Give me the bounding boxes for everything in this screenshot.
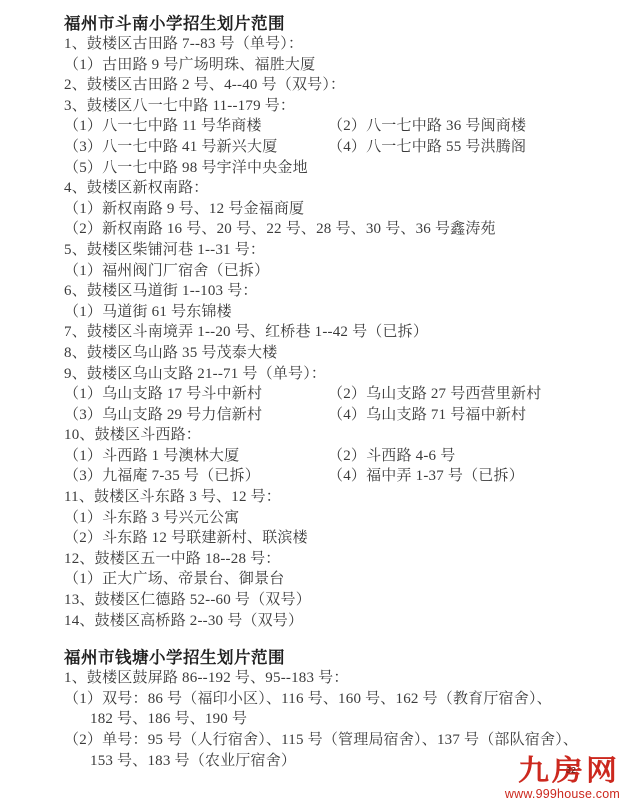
line-text: （1）福州阀门厂宿舍（已拆）	[64, 263, 269, 279]
text-line: （1）古田路 9 号广场明珠、福胜大厦	[64, 55, 617, 76]
line-text: 5、鼓楼区柴铺河巷 1--31 号：	[64, 242, 265, 258]
text-line: （3）九福庵 7-35 号（已拆）（4）福中弄 1-37 号（已拆）	[64, 466, 617, 487]
line-text: 1、鼓楼区鼓屏路 86--192 号、95--183 号：	[64, 670, 349, 686]
line-text: （3）九福庵 7-35 号（已拆）	[64, 468, 260, 484]
text-line: （2）新权南路 16 号、20 号、22 号、28 号、30 号、36 号鑫涛苑	[64, 219, 617, 240]
line-text: 11、鼓楼区斗东路 3 号、12 号：	[64, 489, 281, 505]
text-line: （1）双号：86 号（福印小区）、116 号、160 号、162 号（教育厅宿舍…	[64, 689, 617, 710]
line-text: （1）双号：86 号（福印小区）、116 号、160 号、162 号（教育厅宿舍…	[64, 691, 552, 707]
line-text: 9、鼓楼区乌山支路 21--71 号（单号）：	[64, 366, 326, 382]
line-text: 12、鼓楼区五一中路 18--28 号：	[64, 551, 281, 567]
line-text: （2）单号：95 号（人行宿舍）、115 号（管理局宿舍）、137 号（部队宿舍…	[64, 732, 578, 748]
text-line: 9、鼓楼区乌山支路 21--71 号（单号）：	[64, 364, 617, 385]
site-logo-badge: 32	[566, 756, 576, 784]
text-line: （3）乌山支路 29 号力信新村（4）乌山支路 71 号福中新村	[64, 405, 617, 426]
line-text: 13、鼓楼区仁德路 52--60 号（双号）	[64, 592, 311, 608]
line-text: 2、鼓楼区古田路 2 号、4--40 号（双号）：	[64, 77, 345, 93]
site-url: www.999house.com	[505, 787, 620, 801]
text-line: 3、鼓楼区八一七中路 11--179 号：	[64, 96, 617, 117]
section-title: 福州市斗南小学招生划片范围	[64, 13, 617, 34]
text-line: （1）福州阀门厂宿舍（已拆）	[64, 261, 617, 282]
section-lines: 1、鼓楼区古田路 7--83 号（单号）：（1）古田路 9 号广场明珠、福胜大厦…	[64, 34, 617, 631]
text-line: 13、鼓楼区仁德路 52--60 号（双号）	[64, 590, 617, 611]
line-text: （1）正大广场、帝景台、御景台	[64, 571, 285, 587]
text-line: 11、鼓楼区斗东路 3 号、12 号：	[64, 487, 617, 508]
text-line: 8、鼓楼区乌山路 35 号茂泰大楼	[64, 343, 617, 364]
section-title: 福州市钱塘小学招生划片范围	[64, 647, 617, 668]
text-line: 2、鼓楼区古田路 2 号、4--40 号（双号）：	[64, 75, 617, 96]
document-body: 福州市斗南小学招生划片范围 1、鼓楼区古田路 7--83 号（单号）：（1）古田…	[64, 13, 617, 771]
text-line: （1）斗西路 1 号澳林大厦（2）斗西路 4-6 号	[64, 446, 617, 467]
site-watermark: 九房网 32 www.999house.com	[505, 756, 620, 801]
text-line: 14、鼓楼区高桥路 2--30 号（双号）	[64, 611, 617, 632]
text-line: 12、鼓楼区五一中路 18--28 号：	[64, 549, 617, 570]
line-text: 153 号、183 号（农业厅宿舍）	[90, 753, 296, 769]
line-text-column2: （4）八一七中路 55 号洪腾阁	[328, 137, 526, 158]
line-text-column2: （2）斗西路 4-6 号	[328, 446, 455, 467]
text-line: 1、鼓楼区古田路 7--83 号（单号）：	[64, 34, 617, 55]
line-text: （5）八一七中路 98 号宇洋中央金地	[64, 160, 308, 176]
text-line: （3）八一七中路 41 号新兴大厦（4）八一七中路 55 号洪腾阁	[64, 137, 617, 158]
text-line: （2）斗东路 12 号联建新村、联滨楼	[64, 528, 617, 549]
text-line: （1）斗东路 3 号兴元公寓	[64, 508, 617, 529]
text-line: 5、鼓楼区柴铺河巷 1--31 号：	[64, 240, 617, 261]
line-text: （1）新权南路 9 号、12 号金福商厦	[64, 201, 304, 217]
section: 福州市斗南小学招生划片范围 1、鼓楼区古田路 7--83 号（单号）：（1）古田…	[64, 13, 617, 631]
line-text: 8、鼓楼区乌山路 35 号茂泰大楼	[64, 345, 277, 361]
text-line: （5）八一七中路 98 号宇洋中央金地	[64, 158, 617, 179]
line-text: （1）斗西路 1 号澳林大厦	[64, 448, 239, 464]
text-line: （1）八一七中路 11 号华商楼（2）八一七中路 36 号闽商楼	[64, 116, 617, 137]
text-line: （1）马道街 61 号东锦楼	[64, 302, 617, 323]
line-text: 7、鼓楼区斗南境弄 1--20 号、红桥巷 1--42 号（已拆）	[64, 324, 428, 340]
text-line: （2）单号：95 号（人行宿舍）、115 号（管理局宿舍）、137 号（部队宿舍…	[64, 730, 617, 751]
line-text: （1）马道街 61 号东锦楼	[64, 304, 232, 320]
line-text: （1）八一七中路 11 号华商楼	[64, 118, 262, 134]
text-line: 1、鼓楼区鼓屏路 86--192 号、95--183 号：	[64, 668, 617, 689]
site-logo: 九房网 32	[518, 757, 620, 785]
line-text-column2: （2）八一七中路 36 号闽商楼	[328, 116, 526, 137]
line-text: （1）斗东路 3 号兴元公寓	[64, 510, 239, 526]
text-line: 4、鼓楼区新权南路：	[64, 178, 617, 199]
line-text: （1）古田路 9 号广场明珠、福胜大厦	[64, 57, 315, 73]
line-text: （3）乌山支路 29 号力信新村	[64, 407, 262, 423]
line-text: （3）八一七中路 41 号新兴大厦	[64, 139, 277, 155]
line-text: 6、鼓楼区马道街 1--103 号：	[64, 283, 258, 299]
text-line: 6、鼓楼区马道街 1--103 号：	[64, 281, 617, 302]
section: 福州市钱塘小学招生划片范围 1、鼓楼区鼓屏路 86--192 号、95--183…	[64, 647, 617, 771]
line-text: （1）乌山支路 17 号斗中新村	[64, 386, 262, 402]
line-text: 4、鼓楼区新权南路：	[64, 180, 209, 196]
line-text: 3、鼓楼区八一七中路 11--179 号：	[64, 98, 295, 114]
line-text: （2）斗东路 12 号联建新村、联滨楼	[64, 530, 308, 546]
line-text: 182 号、186 号、190 号	[90, 711, 247, 727]
line-text-column2: （4）福中弄 1-37 号（已拆）	[328, 466, 524, 487]
text-line: （1）乌山支路 17 号斗中新村（2）乌山支路 27 号西营里新村	[64, 384, 617, 405]
line-text-column2: （4）乌山支路 71 号福中新村	[328, 405, 526, 426]
text-line: 10、鼓楼区斗西路：	[64, 425, 617, 446]
line-text: 1、鼓楼区古田路 7--83 号（单号）：	[64, 36, 303, 52]
text-line: （1）正大广场、帝景台、御景台	[64, 569, 617, 590]
line-text-column2: （2）乌山支路 27 号西营里新村	[328, 384, 541, 405]
text-line: 182 号、186 号、190 号	[64, 709, 617, 730]
text-line: （1）新权南路 9 号、12 号金福商厦	[64, 199, 617, 220]
line-text: （2）新权南路 16 号、20 号、22 号、28 号、30 号、36 号鑫涛苑	[64, 221, 496, 237]
text-line: 7、鼓楼区斗南境弄 1--20 号、红桥巷 1--42 号（已拆）	[64, 322, 617, 343]
line-text: 14、鼓楼区高桥路 2--30 号（双号）	[64, 613, 303, 629]
line-text: 10、鼓楼区斗西路：	[64, 427, 201, 443]
